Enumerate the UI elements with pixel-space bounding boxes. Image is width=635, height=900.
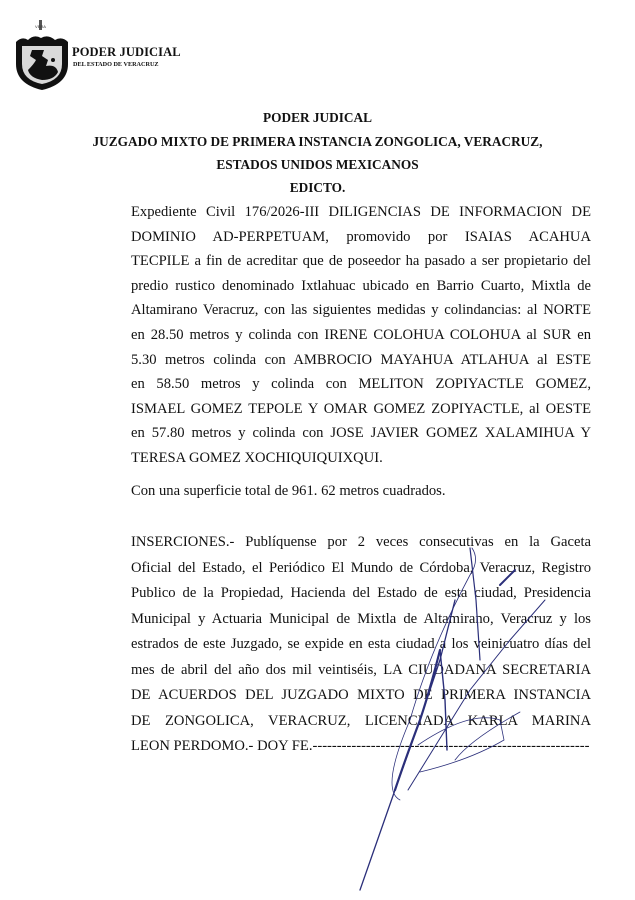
letterhead: VERA PODER JUDICIAL DEL ESTADO DE VERACR…: [10, 12, 210, 92]
text-line: Expediente Civil 176/2026-III DILIGENCIA…: [131, 204, 591, 221]
text-line: Altamirano Veracruz, con las siguientes …: [131, 302, 591, 319]
text-line: Oficial del Estado, el Periódico El Mund…: [131, 560, 591, 577]
text-line: en 57.80 metros y colinda con JOSE JAVIE…: [131, 425, 591, 442]
org-name: PODER JUDICIAL: [72, 45, 181, 60]
header-juzgado: JUZGADO MIXTO DE PRIMERA INSTANCIA ZONGO…: [0, 134, 635, 150]
text-line: Publico de la Propiedad, Hacienda del Es…: [131, 585, 591, 602]
text-line: DOMINIO AD-PERPETUAM, promovido por ISAI…: [131, 229, 591, 246]
court-seal-icon: VERA: [12, 20, 72, 92]
text-line: estrados de este Juzgado, se expide en e…: [131, 636, 591, 653]
text-line: TECPILE a fin de acreditar que de poseed…: [131, 253, 591, 270]
org-subtitle: DEL ESTADO DE VERACRUZ: [73, 61, 159, 68]
text-line: TERESA GOMEZ XOCHIQUIQUIXQUI.: [131, 450, 591, 467]
text-line: predio rustico denominado Ixtlahuac ubic…: [131, 278, 591, 295]
text-line: INSERCIONES.- Publíquense por 2 veces co…: [131, 534, 591, 551]
text-line: mes de abril del año dos mil veintiséis,…: [131, 662, 591, 679]
document-title: EDICTO.: [0, 180, 635, 196]
text-line: Municipal y Actuaria Municipal de Mixtla…: [131, 611, 591, 628]
svg-text:VERA: VERA: [35, 24, 46, 29]
header-court: PODER JUDICAL: [0, 110, 635, 126]
surface-line: Con una superficie total de 961. 62 metr…: [131, 483, 591, 500]
text-line: DE ACUERDOS DEL JUZGADO MIXTO DE PRIMERA…: [131, 687, 591, 704]
closing-line: LEON PERDOMO.- DOY FE.------------------…: [131, 738, 591, 755]
text-line: DE ZONGOLICA, VERACRUZ, LICENCIADA KARLA…: [131, 713, 591, 730]
text-line: en 58.50 metros y colinda con MELITON ZO…: [131, 376, 591, 393]
header-country: ESTADOS UNIDOS MEXICANOS: [0, 157, 635, 173]
text-line: ISMAEL GOMEZ TEPOLE Y OMAR GOMEZ ZOPIYAC…: [131, 401, 591, 418]
text-line: en 28.50 metros y colinda con IRENE COLO…: [131, 327, 591, 344]
text-line: 5.30 metros colinda con AMBROCIO MAYAHUA…: [131, 352, 591, 369]
